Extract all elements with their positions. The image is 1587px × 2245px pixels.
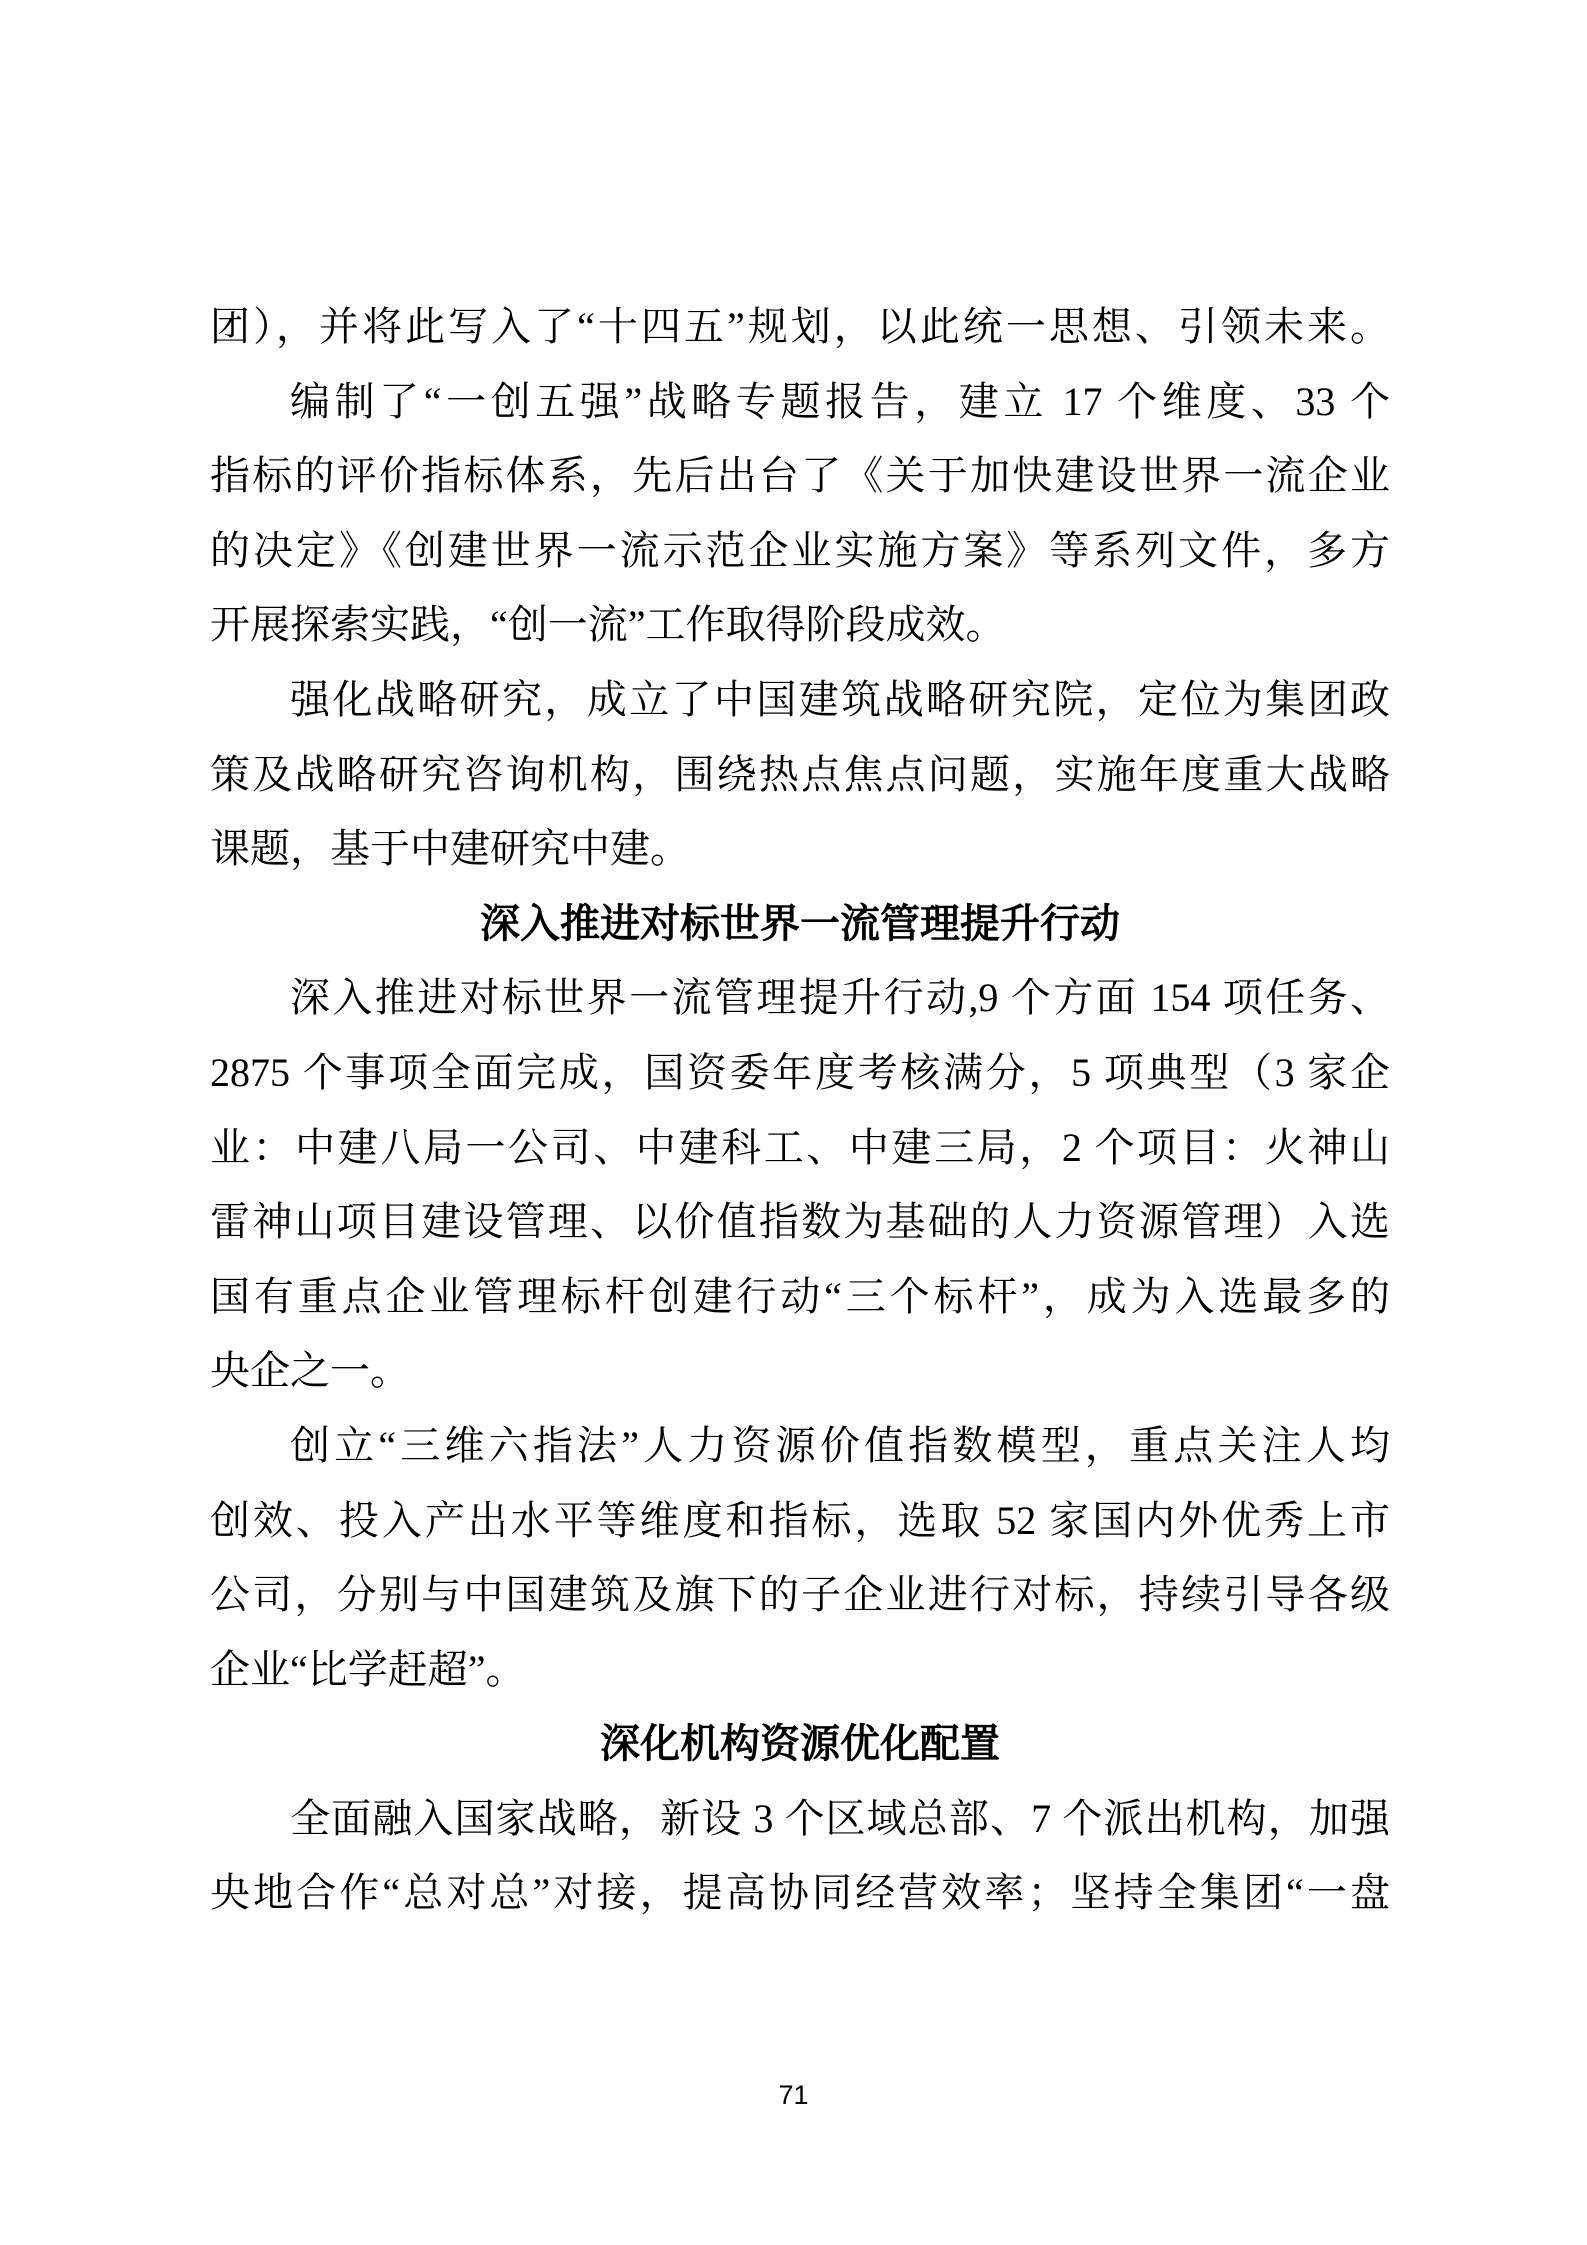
body-line: 强化战略研究，成立了中国建筑战略研究院，定位为集团政 xyxy=(210,663,1390,738)
page-number: 71 xyxy=(0,2080,1587,2111)
document-page: 团），并将此写入了“十四五”规划，以此统一思想、引领未来。编制了“一创五强”战略… xyxy=(0,0,1587,2245)
body-line: 深入推进对标世界一流管理提升行动,9 个方面 154 项任务、 xyxy=(210,961,1390,1036)
body-line: 公司，分别与中国建筑及旗下的子企业进行对标，持续引导各级 xyxy=(210,1558,1390,1633)
body-line: 雷神山项目建设管理、以价值指数为基础的人力资源管理）入选 xyxy=(210,1185,1390,1260)
body-line: 创立“三维六指法”人力资源价值指数模型，重点关注人均 xyxy=(210,1409,1390,1484)
body-line: 企业“比学赶超”。 xyxy=(210,1633,1390,1708)
body-line: 央企之一。 xyxy=(210,1334,1390,1409)
body-line: 的决定》《创建世界一流示范企业实施方案》等系列文件，多方 xyxy=(210,514,1390,589)
body-line: 央地合作“总对总”对接，提高协同经营效率；坚持全集团“一盘 xyxy=(210,1856,1390,1931)
body-line: 策及战略研究咨询机构，围绕热点焦点问题，实施年度重大战略 xyxy=(210,738,1390,813)
body-line: 创效、投入产出水平等维度和指标，选取 52 家国内外优秀上市 xyxy=(210,1484,1390,1559)
section-heading: 深入推进对标世界一流管理提升行动 xyxy=(210,887,1390,962)
body-line: 开展探索实践，“创一流”工作取得阶段成效。 xyxy=(210,588,1390,663)
body-line: 团），并将此写入了“十四五”规划，以此统一思想、引领未来。 xyxy=(210,290,1390,365)
body-line: 业：中建八局一公司、中建科工、中建三局，2 个项目：火神山 xyxy=(210,1111,1390,1186)
body-line: 编制了“一创五强”战略专题报告，建立 17 个维度、33 个 xyxy=(210,365,1390,440)
section-heading: 深化机构资源优化配置 xyxy=(210,1707,1390,1782)
document-body: 团），并将此写入了“十四五”规划，以此统一思想、引领未来。编制了“一创五强”战略… xyxy=(210,290,1390,1931)
body-line: 全面融入国家战略，新设 3 个区域总部、7 个派出机构，加强 xyxy=(210,1782,1390,1857)
body-line: 2875 个事项全面完成，国资委年度考核满分，5 项典型（3 家企 xyxy=(210,1036,1390,1111)
body-line: 国有重点企业管理标杆创建行动“三个标杆”，成为入选最多的 xyxy=(210,1260,1390,1335)
body-line: 课题，基于中建研究中建。 xyxy=(210,812,1390,887)
body-line: 指标的评价指标体系，先后出台了《关于加快建设世界一流企业 xyxy=(210,439,1390,514)
